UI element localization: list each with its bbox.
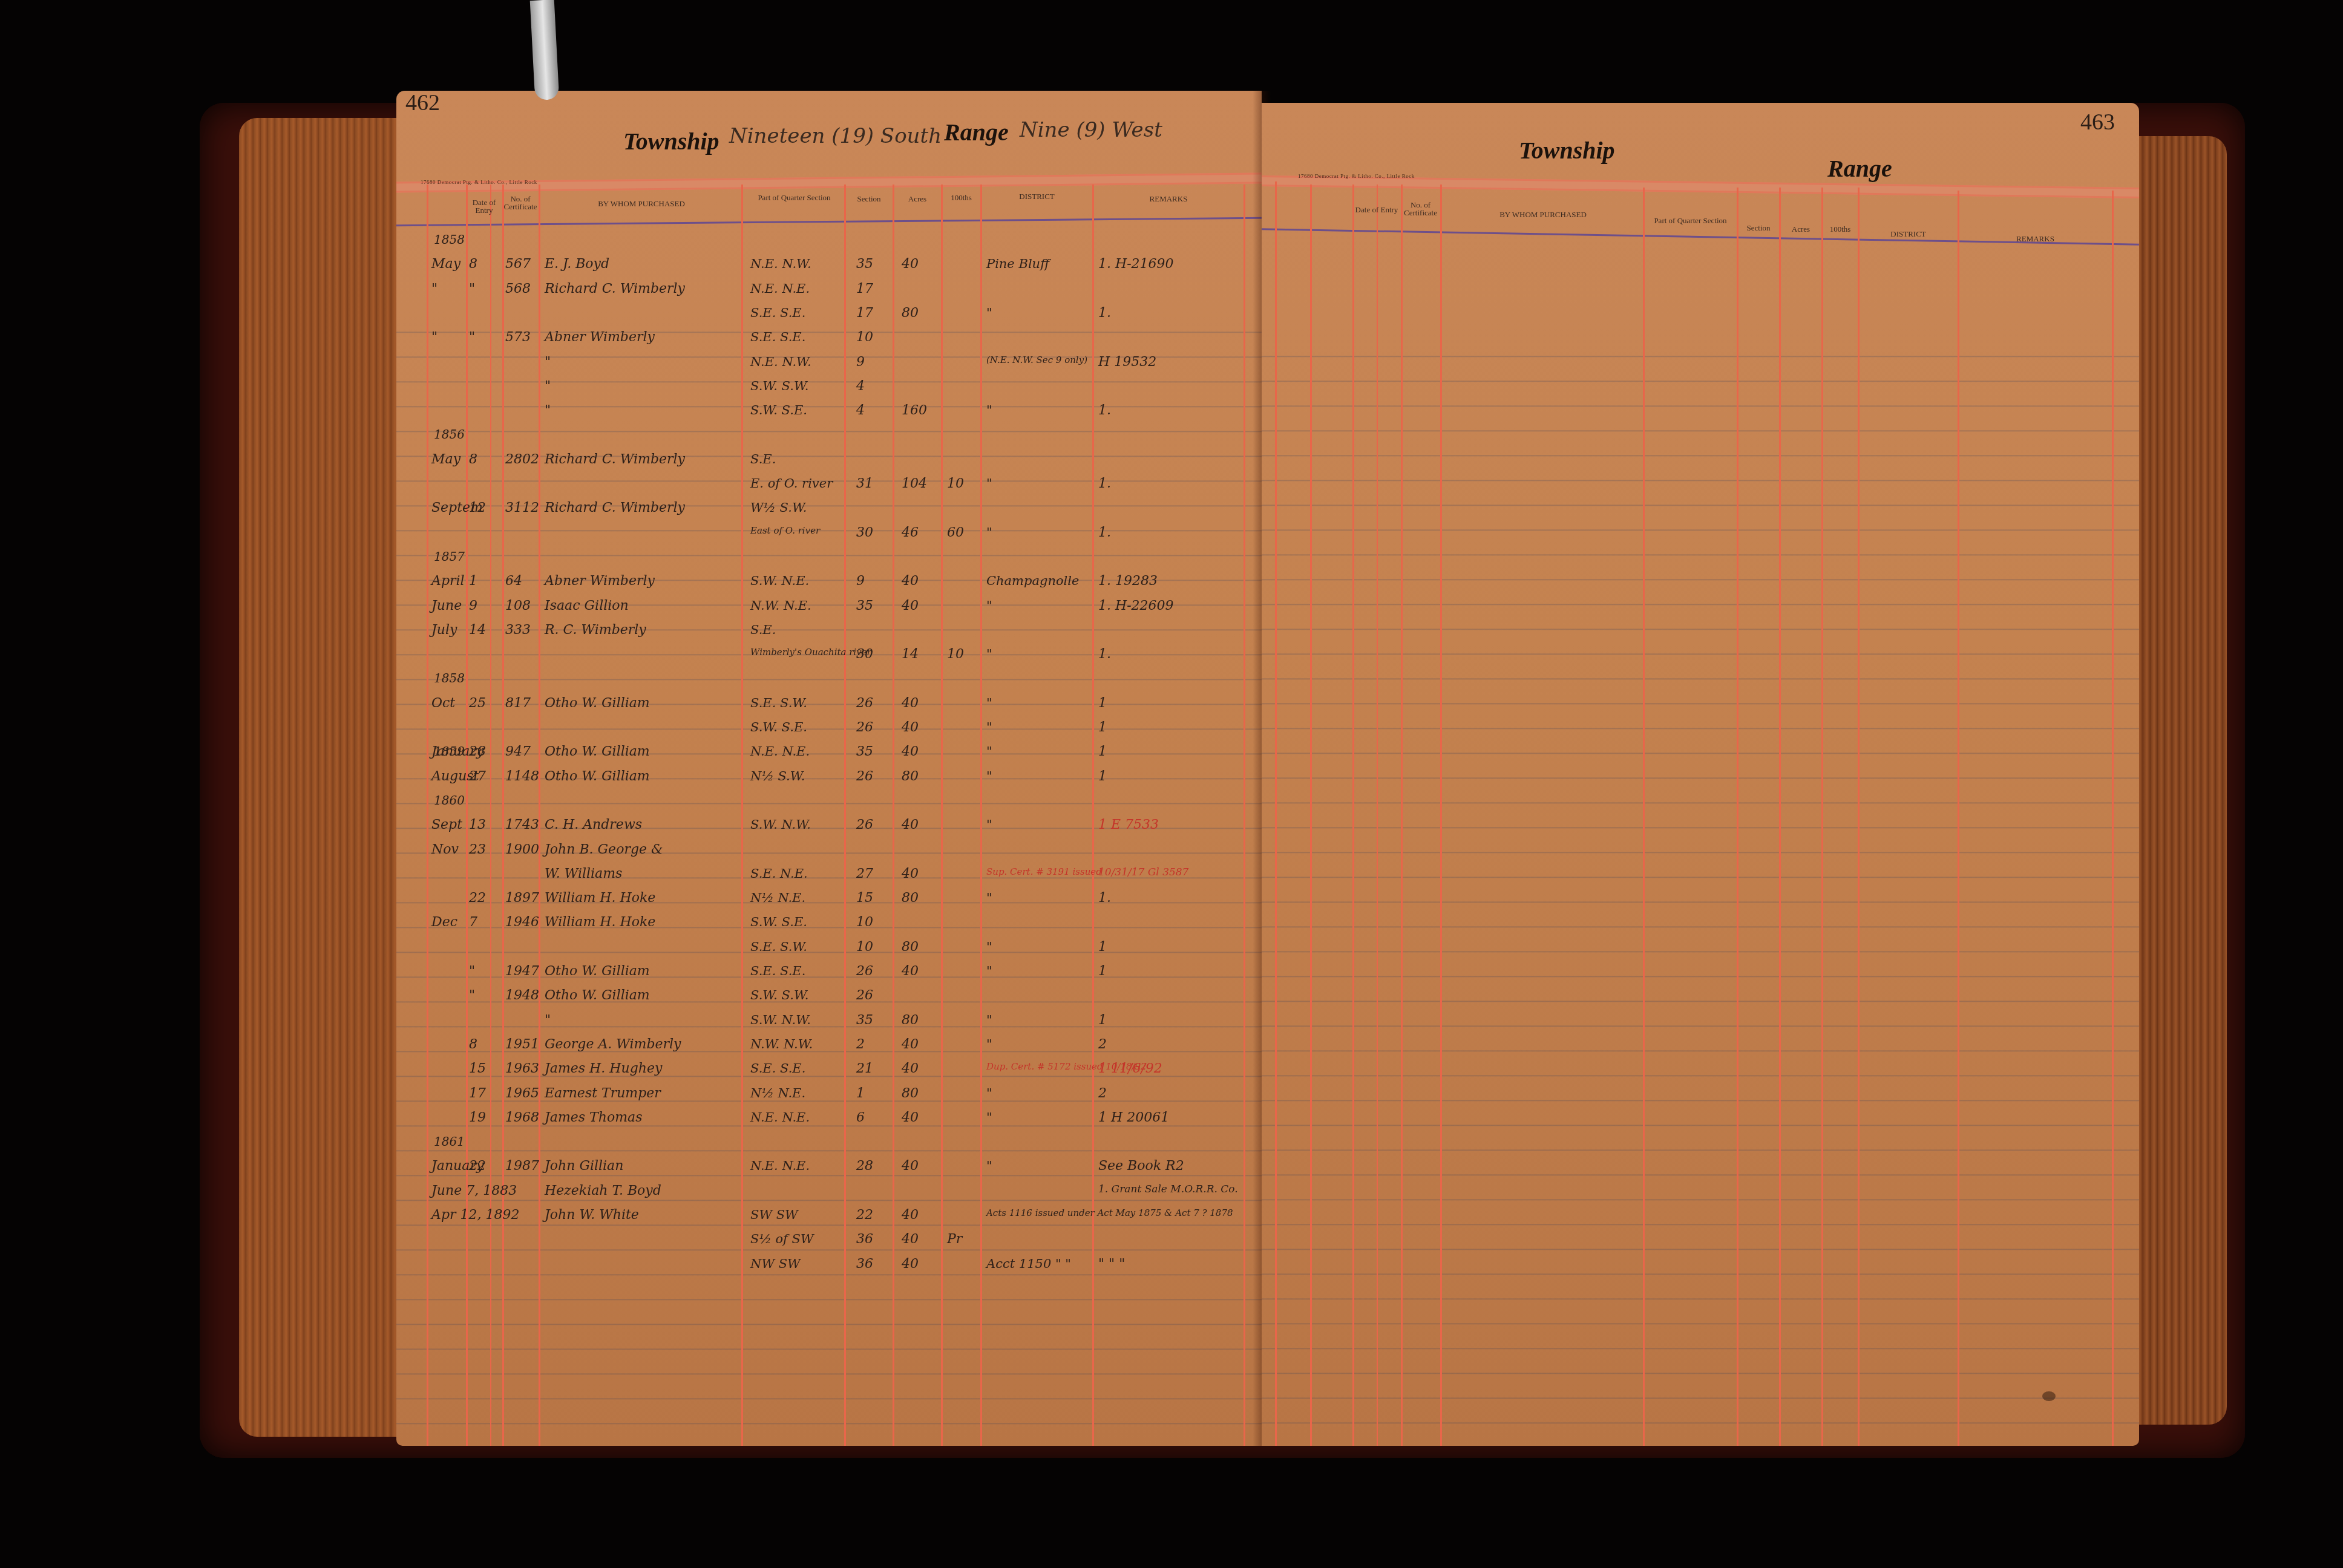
- entry-day: 17: [469, 1086, 486, 1101]
- entry-purchaser: Otho W. Gilliam: [545, 696, 650, 711]
- entry-acres: 80: [902, 939, 919, 955]
- column-rule: [1858, 188, 1860, 1446]
- entry-section: 1: [856, 1086, 865, 1101]
- entry-section: 35: [856, 1013, 873, 1028]
- entry-district: ": [986, 964, 992, 978]
- table-row: August271148Otho W. GilliamN½ S.W.2680"1: [396, 765, 1262, 789]
- table-row: E. of O. river3110410"1.: [396, 472, 1262, 497]
- entry-acres: 40: [902, 817, 919, 832]
- entry-purchaser: Otho W. Gilliam: [545, 988, 650, 1003]
- entry-month: April: [431, 573, 465, 589]
- entry-district: ": [986, 476, 992, 491]
- entry-year: 1861: [434, 1134, 465, 1149]
- township-label: Township: [623, 127, 719, 155]
- page-number: 463: [2080, 109, 2115, 136]
- entry-hundredths: Pr: [947, 1232, 962, 1247]
- entry-acres: 40: [902, 1232, 919, 1247]
- entry-acres: 40: [902, 1061, 919, 1076]
- entry-purchaser: ": [545, 354, 551, 370]
- entry-part-quarter: S.E. S.E.: [750, 305, 805, 320]
- entry-acres: 40: [902, 1110, 919, 1125]
- table-row: ""568Richard C. WimberlyN.E. N.E.17: [396, 278, 1262, 302]
- entry-district: Pine Bluff: [986, 256, 1049, 271]
- table-row: "1947Otho W. GilliamS.E. S.E.2640"1: [396, 960, 1262, 984]
- entry-month: Apr 12, 1892: [431, 1207, 519, 1223]
- table-row: 1858: [396, 229, 1262, 253]
- entry-certificate: 1963: [505, 1061, 539, 1076]
- entry-district: ": [986, 305, 992, 320]
- entry-purchaser: John B. George &: [545, 842, 663, 857]
- entry-year: 1859: [434, 744, 465, 759]
- entry-acres: 40: [902, 1207, 919, 1223]
- entry-section: 17: [856, 305, 873, 321]
- entry-certificate: 3112: [505, 500, 539, 515]
- entry-remarks: 1.: [1098, 403, 1111, 418]
- entry-part-quarter: S.W. N.W.: [750, 1013, 811, 1027]
- entry-district: ": [986, 403, 992, 417]
- entry-acres: 46: [902, 525, 919, 540]
- col-head-certificate: No. of Certificate: [502, 195, 539, 211]
- entry-remarks: 1 E 7533: [1098, 817, 1159, 832]
- entry-district: ": [986, 939, 992, 954]
- entry-part-quarter: S.E. S.E.: [750, 964, 805, 978]
- entry-day: 23: [469, 842, 486, 857]
- table-row: S.E. S.W.1080"1: [396, 936, 1262, 960]
- entry-day: 8: [469, 256, 477, 272]
- entry-month: ": [431, 281, 437, 296]
- entry-acres: 40: [902, 573, 919, 589]
- entry-district: ": [986, 1013, 992, 1027]
- entry-certificate: 1148: [505, 769, 539, 784]
- entry-district: ": [986, 696, 992, 710]
- entry-section: 26: [856, 964, 873, 979]
- entry-remarks: 1.: [1098, 890, 1111, 906]
- entry-remarks: 10/31/17 Gl 3587: [1098, 866, 1188, 878]
- entry-acres: 40: [902, 720, 919, 735]
- entry-purchaser: C. H. Andrews: [545, 817, 642, 832]
- entry-section: 36: [856, 1256, 873, 1272]
- entry-acres: 40: [902, 866, 919, 881]
- entry-section: 10: [856, 330, 873, 345]
- entry-district: ": [986, 720, 992, 734]
- entry-day: ": [469, 988, 475, 1003]
- entry-remarks: H 19532: [1098, 354, 1156, 370]
- entry-remarks: 1: [1098, 964, 1107, 979]
- entry-part-quarter: N½ N.E.: [750, 890, 805, 905]
- entry-part-quarter: W½ S.W.: [750, 500, 807, 515]
- entry-certificate: 64: [505, 573, 522, 589]
- entry-acres: 80: [902, 890, 919, 906]
- entry-section: 30: [856, 647, 873, 662]
- entry-part-quarter: S.W. S.E.: [750, 720, 807, 734]
- table-row: 151963James H. HugheyS.E. S.E.2140Dup. C…: [396, 1057, 1262, 1082]
- col-head-part: Part of Quarter Section: [1644, 217, 1737, 224]
- metal-clip: [530, 0, 560, 100]
- col-head-district: DISTRICT: [1859, 230, 1958, 238]
- entry-section: 26: [856, 769, 873, 784]
- entry-purchaser: ": [545, 1013, 551, 1028]
- entry-section: 30: [856, 525, 873, 540]
- col-head-part: Part of Quarter Section: [744, 194, 844, 201]
- entry-remarks: 1.: [1098, 647, 1111, 662]
- entry-month: June: [431, 598, 462, 613]
- entry-district: ": [986, 525, 992, 540]
- col-head-hundredths: 100ths: [1823, 225, 1858, 233]
- entry-part-quarter: N½ N.E.: [750, 1086, 805, 1100]
- entry-remarks: 1.: [1098, 525, 1111, 540]
- entry-district: ": [986, 1158, 992, 1173]
- entry-acres: 104: [902, 476, 927, 491]
- entry-remarks: 1 H 20061: [1098, 1110, 1169, 1125]
- page-number: 462: [405, 91, 440, 116]
- entry-acres: 80: [902, 769, 919, 784]
- entry-month: May: [431, 452, 460, 467]
- entry-remarks: 1: [1098, 720, 1107, 735]
- entry-certificate: 1743: [505, 817, 539, 832]
- entry-part-quarter: S.E. S.E.: [750, 1061, 805, 1076]
- col-head-certificate: No. of Certificate: [1401, 201, 1440, 217]
- entry-certificate: 2802: [505, 452, 539, 467]
- entry-purchaser: William H. Hoke: [545, 890, 655, 906]
- entry-month: Nov: [431, 842, 459, 857]
- table-row: "1948Otho W. GilliamS.W. S.W.26: [396, 984, 1262, 1008]
- entry-acres: 160: [902, 403, 927, 418]
- entry-part-quarter: Wimberly's Ouachita river: [750, 647, 871, 658]
- entry-section: 10: [856, 915, 873, 930]
- entry-day: ": [469, 964, 475, 979]
- col-head-district: DISTRICT: [981, 192, 1092, 200]
- table-row: Wimberly's Ouachita river301410"1.: [396, 643, 1262, 667]
- entry-certificate: 333: [505, 622, 531, 638]
- entry-section: 26: [856, 817, 873, 832]
- table-row: May82802Richard C. WimberlyS.E.: [396, 448, 1262, 472]
- entry-district: (N.E. N.W. Sec 9 only): [986, 354, 1087, 365]
- entry-year: 1860: [434, 793, 465, 808]
- entry-part-quarter: N.E. N.E.: [750, 744, 810, 759]
- entry-remarks: 2: [1098, 1086, 1107, 1101]
- entry-purchaser: Richard C. Wimberly: [545, 452, 685, 467]
- col-head-purchaser: BY WHOM PURCHASED: [1443, 211, 1643, 218]
- entry-district: ": [986, 1037, 992, 1051]
- col-head-hundredths: 100ths: [942, 194, 980, 201]
- table-row: S.W. S.E.2640"1: [396, 716, 1262, 740]
- entry-remarks: 1: [1098, 1013, 1107, 1028]
- column-rule: [1643, 188, 1645, 1446]
- entry-part-quarter: S.W. N.E.: [750, 573, 809, 588]
- entry-section: 26: [856, 988, 873, 1003]
- entry-section: 28: [856, 1158, 873, 1174]
- table-row: East of O. river304660"1.: [396, 521, 1262, 546]
- table-row: ""573Abner WimberlyS.E. S.E.10: [396, 326, 1262, 350]
- table-row: "S.W. N.W.3580"1: [396, 1009, 1262, 1033]
- entry-purchaser: Isaac Gillion: [545, 598, 629, 613]
- entry-part-quarter: S.E. S.E.: [750, 330, 805, 344]
- entry-month: ": [431, 330, 437, 345]
- entry-purchaser: James H. Hughey: [545, 1061, 662, 1076]
- column-rule: [1958, 191, 1959, 1446]
- entry-month: July: [431, 622, 457, 638]
- table-row: S½ of SW3640Pr: [396, 1228, 1262, 1252]
- entry-section: 17: [856, 281, 873, 296]
- entry-section: 4: [856, 379, 865, 394]
- entry-remarks: 1.: [1098, 305, 1111, 321]
- table-row: 171965Earnest TrumperN½ N.E.180"2: [396, 1082, 1262, 1106]
- col-head-acres: Acres: [894, 195, 941, 203]
- col-head-date: Date of Entry: [466, 198, 502, 214]
- entry-remarks: 1. H-21690: [1098, 256, 1174, 272]
- entry-acres: 40: [902, 1256, 919, 1272]
- entry-acres: 80: [902, 1013, 919, 1028]
- entry-month: Oct: [431, 696, 455, 711]
- entry-district: Acts 1116 issued under Act May 1875 & Ac…: [986, 1207, 1233, 1218]
- table-row: "S.W. S.E.4160"1.: [396, 399, 1262, 423]
- entry-part-quarter: SW SW: [750, 1207, 798, 1222]
- col-head-section: Section: [1738, 224, 1779, 232]
- entry-day: 19: [469, 1110, 486, 1125]
- column-rule: [1275, 181, 1277, 1446]
- entry-district: ": [986, 744, 992, 759]
- entry-section: 9: [856, 573, 865, 589]
- entry-day: 14: [469, 622, 486, 638]
- entry-district: ": [986, 1110, 992, 1125]
- entry-part-quarter: N.E. N.E.: [750, 1158, 810, 1173]
- table-row: Dec71946William H. HokeS.W. S.E.10: [396, 911, 1262, 935]
- entry-certificate: 1951: [505, 1037, 539, 1052]
- entry-day: ": [469, 281, 475, 296]
- entry-day: ": [469, 330, 475, 345]
- entry-day: 12: [469, 500, 486, 515]
- entry-month: Sept: [431, 817, 462, 832]
- entry-day: 1: [469, 573, 477, 589]
- entry-section: 4: [856, 403, 865, 418]
- entry-certificate: 568: [505, 281, 531, 296]
- table-row: April164Abner WimberlyS.W. N.E.940Champa…: [396, 570, 1262, 594]
- column-rule: [2112, 191, 2114, 1446]
- entry-acres: 40: [902, 256, 919, 272]
- entry-district: ": [986, 647, 992, 661]
- table-row: June 7, 1883Hezekiah T. Boyd1. Grant Sal…: [396, 1180, 1262, 1204]
- table-row: 81951George A. WimberlyN.W. N.W.240"2: [396, 1033, 1262, 1057]
- table-row: 1858: [396, 667, 1262, 691]
- township-value: Nineteen (19) South: [729, 124, 942, 148]
- left-page: 462 Township Nineteen (19) South Range N…: [396, 91, 1262, 1446]
- entry-certificate: 1947: [505, 964, 539, 979]
- entry-purchaser: Earnest Trumper: [545, 1086, 661, 1101]
- entry-section: 26: [856, 696, 873, 711]
- table-row: Nov231900John B. George &: [396, 838, 1262, 863]
- table-row: Apr 12, 1892John W. WhiteSW SW2240Acts 1…: [396, 1204, 1262, 1228]
- entry-section: 26: [856, 720, 873, 735]
- entry-certificate: 817: [505, 696, 531, 711]
- entry-purchaser: Richard C. Wimberly: [545, 281, 685, 296]
- col-head-purchaser: BY WHOM PURCHASED: [542, 200, 741, 207]
- entry-certificate: 1965: [505, 1086, 539, 1101]
- entry-purchaser: John W. White: [545, 1207, 639, 1223]
- entry-part-quarter: N.W. N.W.: [750, 1037, 813, 1051]
- entry-part-quarter: S.E. S.W.: [750, 696, 807, 710]
- entry-certificate: 1946: [505, 915, 539, 930]
- entry-part-quarter: N.E. N.W.: [750, 354, 811, 369]
- entry-purchaser: George A. Wimberly: [545, 1037, 681, 1052]
- table-row: Septem123112Richard C. WimberlyW½ S.W.: [396, 497, 1262, 521]
- col-head-section: Section: [845, 195, 893, 203]
- header-blue-rule: [396, 217, 1262, 226]
- entry-purchaser: James Thomas: [545, 1110, 642, 1125]
- entry-part-quarter: S.W. N.W.: [750, 817, 811, 832]
- column-rule: [1821, 188, 1823, 1446]
- entry-month: May: [431, 256, 460, 272]
- page-block-left-edge: [239, 118, 402, 1437]
- entry-purchaser: Abner Wimberly: [545, 330, 655, 345]
- column-rule: [1377, 185, 1378, 1446]
- entry-remarks: 1: [1098, 939, 1107, 955]
- table-row: "N.E. N.W.9(N.E. N.W. Sec 9 only)H 19532: [396, 351, 1262, 375]
- table-row: S.E. S.E.1780"1.: [396, 302, 1262, 326]
- entry-section: 27: [856, 866, 873, 881]
- entry-hundredths: 60: [947, 525, 964, 540]
- col-head-date: Date of Entry: [1352, 206, 1401, 214]
- entry-acres: 14: [902, 647, 919, 662]
- entry-day: 22: [469, 1158, 486, 1174]
- entry-purchaser: Richard C. Wimberly: [545, 500, 685, 515]
- entry-day: 9: [469, 598, 477, 613]
- entry-certificate: 1948: [505, 988, 539, 1003]
- entry-part-quarter: S.E.: [750, 622, 776, 637]
- entry-section: 2: [856, 1037, 865, 1052]
- entry-purchaser: ": [545, 403, 551, 418]
- table-row: NW SW3640Acct 1150 " "" " ": [396, 1253, 1262, 1277]
- entry-year: 1856: [434, 427, 465, 442]
- entry-purchaser: John Gillian: [545, 1158, 623, 1174]
- entry-month: Dec: [431, 915, 457, 930]
- column-rule: [1401, 185, 1403, 1446]
- entry-district: ": [986, 1086, 992, 1100]
- table-row: June9108Isaac GillionN.W. N.E.3540"1. H-…: [396, 595, 1262, 619]
- entry-district: ": [986, 890, 992, 905]
- entry-section: 10: [856, 939, 873, 955]
- entry-certificate: 1897: [505, 890, 539, 906]
- entry-day: 8: [469, 452, 477, 467]
- entry-part-quarter: S.W. S.W.: [750, 379, 808, 393]
- entry-remarks: 1.: [1098, 476, 1111, 491]
- township-label: Township: [1519, 136, 1615, 165]
- entry-acres: 80: [902, 305, 919, 321]
- column-rule: [1779, 188, 1781, 1446]
- entry-section: 35: [856, 598, 873, 613]
- entry-acres: 40: [902, 1158, 919, 1174]
- column-rule: [1352, 185, 1354, 1446]
- ruled-lines: [1262, 333, 2139, 1446]
- entry-purchaser: Abner Wimberly: [545, 573, 655, 589]
- entry-part-quarter: S.E. S.W.: [750, 939, 807, 954]
- entry-acres: 40: [902, 1037, 919, 1052]
- entry-section: 35: [856, 256, 873, 272]
- entry-acres: 40: [902, 964, 919, 979]
- range-label: Range: [944, 118, 1009, 146]
- entry-district: Sup. Cert. # 3191 issued: [986, 866, 1102, 877]
- entry-district: ": [986, 817, 992, 832]
- col-head-remarks: REMARKS: [1959, 235, 2112, 243]
- column-rule: [1440, 185, 1442, 1446]
- entry-remarks: 1: [1098, 696, 1107, 711]
- entry-purchaser: Otho W. Gilliam: [545, 769, 650, 784]
- range-value: Nine (9) West: [1020, 118, 1162, 142]
- entry-section: 6: [856, 1110, 865, 1125]
- entry-part-quarter: S.W. S.E.: [750, 915, 807, 929]
- entry-district: Champagnolle: [986, 573, 1079, 588]
- entry-certificate: 567: [505, 256, 531, 272]
- column-rule: [1737, 188, 1738, 1446]
- entry-part-quarter: N.E. N.W.: [750, 256, 811, 271]
- entry-part-quarter: East of O. river: [750, 525, 820, 536]
- entry-remarks: 1: [1098, 769, 1107, 784]
- entry-certificate: 1968: [505, 1110, 539, 1125]
- table-row: January221987John GillianN.E. N.E.2840"S…: [396, 1155, 1262, 1179]
- right-page: 463 Township Range 17680 Democrat Ptg. &…: [1262, 103, 2139, 1446]
- entry-remarks: 1: [1098, 744, 1107, 759]
- entry-year: 1858: [434, 232, 465, 247]
- entry-acres: 80: [902, 1086, 919, 1101]
- entry-acres: 40: [902, 598, 919, 613]
- entry-remarks: 2: [1098, 1037, 1107, 1052]
- entry-section: 22: [856, 1207, 873, 1223]
- entry-certificate: 1987: [505, 1158, 539, 1174]
- entry-district: Acct 1150 " ": [986, 1256, 1071, 1271]
- table-row: May8567E. J. BoydN.E. N.W.3540Pine Bluff…: [396, 253, 1262, 277]
- entry-part-quarter: N.E. N.E.: [750, 1110, 810, 1125]
- entry-acres: 40: [902, 696, 919, 711]
- entry-year: 1857: [434, 549, 465, 564]
- entry-section: 35: [856, 744, 873, 759]
- entry-purchaser: E. J. Boyd: [545, 256, 609, 272]
- entry-day: 27: [469, 769, 486, 784]
- entry-part-quarter: S.W. S.E.: [750, 403, 807, 417]
- entry-part-quarter: S½ of SW: [750, 1232, 813, 1246]
- table-row: 1856: [396, 423, 1262, 448]
- entry-section: 36: [856, 1232, 873, 1247]
- entry-part-quarter: N½ S.W.: [750, 769, 805, 783]
- table-row: 1857: [396, 546, 1262, 570]
- col-head-acres: Acres: [1780, 225, 1821, 233]
- table-row: 191968James ThomasN.E. N.E.640"1 H 20061: [396, 1106, 1262, 1131]
- entry-hundredths: 10: [947, 476, 964, 491]
- entry-part-quarter: E. of O. river: [750, 476, 833, 491]
- entry-section: 21: [856, 1061, 873, 1076]
- table-row: Sept131743C. H. AndrewsS.W. N.W.2640"1 E…: [396, 814, 1262, 838]
- table-row: Oct25817Otho W. GilliamS.E. S.W.2640"1: [396, 692, 1262, 716]
- entry-purchaser: Otho W. Gilliam: [545, 744, 650, 759]
- entry-hundredths: 10: [947, 647, 964, 662]
- entry-remarks: " " ": [1098, 1256, 1125, 1272]
- entry-certificate: 947: [505, 744, 531, 759]
- entry-purchaser: Otho W. Gilliam: [545, 964, 650, 979]
- table-row: W. WilliamsS.E. N.E.2740Sup. Cert. # 319…: [396, 863, 1262, 887]
- printer-imprint: 17680 Democrat Ptg. & Litho. Co., Little…: [1298, 173, 1415, 179]
- table-row: "S.W. S.W.4: [396, 375, 1262, 399]
- entry-remarks: See Book R2: [1098, 1158, 1184, 1174]
- entry-section: 31: [856, 476, 873, 491]
- entry-remarks: 1. 19283: [1098, 573, 1158, 589]
- entry-day: 28: [469, 744, 486, 759]
- entry-district: ": [986, 598, 992, 613]
- entry-certificate: 1900: [505, 842, 539, 857]
- entry-part-quarter: NW SW: [750, 1256, 801, 1271]
- entry-purchaser: Hezekiah T. Boyd: [545, 1183, 661, 1198]
- entry-purchaser: W. Williams: [545, 866, 622, 881]
- entry-remarks: 1. H-22609: [1098, 598, 1174, 613]
- printer-imprint: 17680 Democrat Ptg. & Litho. Co., Little…: [421, 179, 537, 185]
- table-row: January281859947Otho W. GilliamN.E. N.E.…: [396, 740, 1262, 765]
